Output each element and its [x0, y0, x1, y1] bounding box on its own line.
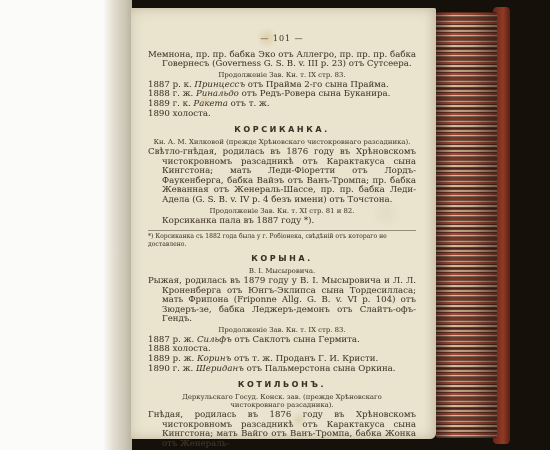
pedigree-paragraph: Гнѣдая, родилась въ 1876 году въ Хрѣновс… [148, 411, 416, 449]
foal-year: 1889 [148, 354, 170, 364]
previous-page-edge [103, 0, 132, 450]
foal-sex-note: р. ж. [173, 354, 195, 364]
owner-line: В. І. Мысыровича. [148, 267, 416, 275]
entry-memnona: Мемнона, пр. пр. бабка Эко отъ Аллегро, … [148, 51, 416, 120]
foal-detail: отъ т. ж. [231, 99, 270, 109]
book-page: — 101 — Мемнона, пр. пр. бабка Эко отъ А… [131, 8, 436, 439]
entry-heading-kotilon: КОТИЛЬОНЪ. [148, 380, 416, 390]
foal-detail: холоста. [173, 344, 211, 354]
entry-heading-koryna: КОРЫНА. [148, 254, 416, 264]
page-text-block: — 101 — Мемнона, пр. пр. бабка Эко отъ А… [131, 8, 436, 450]
fore-edge-stripes [436, 12, 497, 438]
foal-record: 1890 холоста. [148, 110, 416, 120]
foal-detail: отъ Саклотъ сына Гермита. [234, 335, 359, 345]
studbook-continuation-note: Продолженіе Зав. Кн. т. XI стр. 81 и 82. [148, 207, 416, 216]
foal-name: Шериданъ [196, 364, 244, 374]
foal-name: Ракета [193, 99, 227, 109]
book-photograph: — 101 — Мемнона, пр. пр. бабка Эко отъ А… [0, 0, 550, 450]
page-number: — 101 — [148, 34, 416, 44]
foal-record: 1890 г. ж. Шериданъ отъ Пальмерстона сын… [148, 365, 416, 375]
entry-heading-korsikanka: КОРСИКАНКА. [148, 125, 416, 135]
foal-year: 1888 [148, 89, 170, 99]
foal-detail: холоста. [173, 109, 211, 119]
foal-name: Коринъ [197, 354, 231, 364]
foal-sex-note: г. ж. [173, 89, 194, 99]
foal-year: 1889 [148, 99, 170, 109]
foal-year: 1888 [148, 344, 170, 354]
footnote: *) Корсиканка съ 1882 года была у г. Роб… [148, 233, 416, 248]
foal-sex-note: г. к. [173, 99, 191, 109]
foal-sex-note: г. ж. [173, 364, 194, 374]
pedigree-paragraph: Мемнона, пр. пр. бабка Эко отъ Аллегро, … [148, 51, 416, 70]
foal-detail: отъ Редъ-Ровера сына Буканира. [242, 89, 391, 99]
foal-year: 1890 [148, 109, 170, 119]
entry-korsikanka: КОРСИКАНКА. Кн. А. М. Хилковой (прежде Х… [148, 125, 416, 248]
owner-line: Кн. А. М. Хилковой (прежде Хрѣновскаго ч… [148, 138, 416, 146]
owner-line: Деркульскаго Госуд. Конск. зав. (прежде … [170, 393, 395, 409]
footnote-rule [148, 230, 416, 231]
foal-name: Ринальдо [196, 89, 239, 99]
death-note: Корсиканка пала въ 1887 году *). [162, 217, 416, 227]
studbook-continuation-note: Продолженіе Зав. Кн. т. IX стр. 83. [148, 71, 416, 80]
entry-kotilon: КОТИЛЬОНЪ. Деркульскаго Госуд. Конск. за… [148, 380, 416, 449]
foal-detail: отъ Пальмерстона сына Оркина. [247, 364, 396, 374]
pedigree-paragraph: Свѣтло-гнѣдая, родилась въ 1876 году въ … [148, 148, 416, 206]
pedigree-paragraph: Рыжая, родилась въ 1879 году у В. І. Мыс… [148, 277, 416, 325]
foal-year: 1890 [148, 364, 170, 374]
entry-koryna: КОРЫНА. В. І. Мысыровича. Рыжая, родилас… [148, 254, 416, 374]
studbook-continuation-note: Продолженіе Зав. Кн. т. IX стр. 83. [148, 326, 416, 335]
foal-detail: отъ т. ж. Проданъ Г. И. Кристи. [234, 354, 378, 364]
